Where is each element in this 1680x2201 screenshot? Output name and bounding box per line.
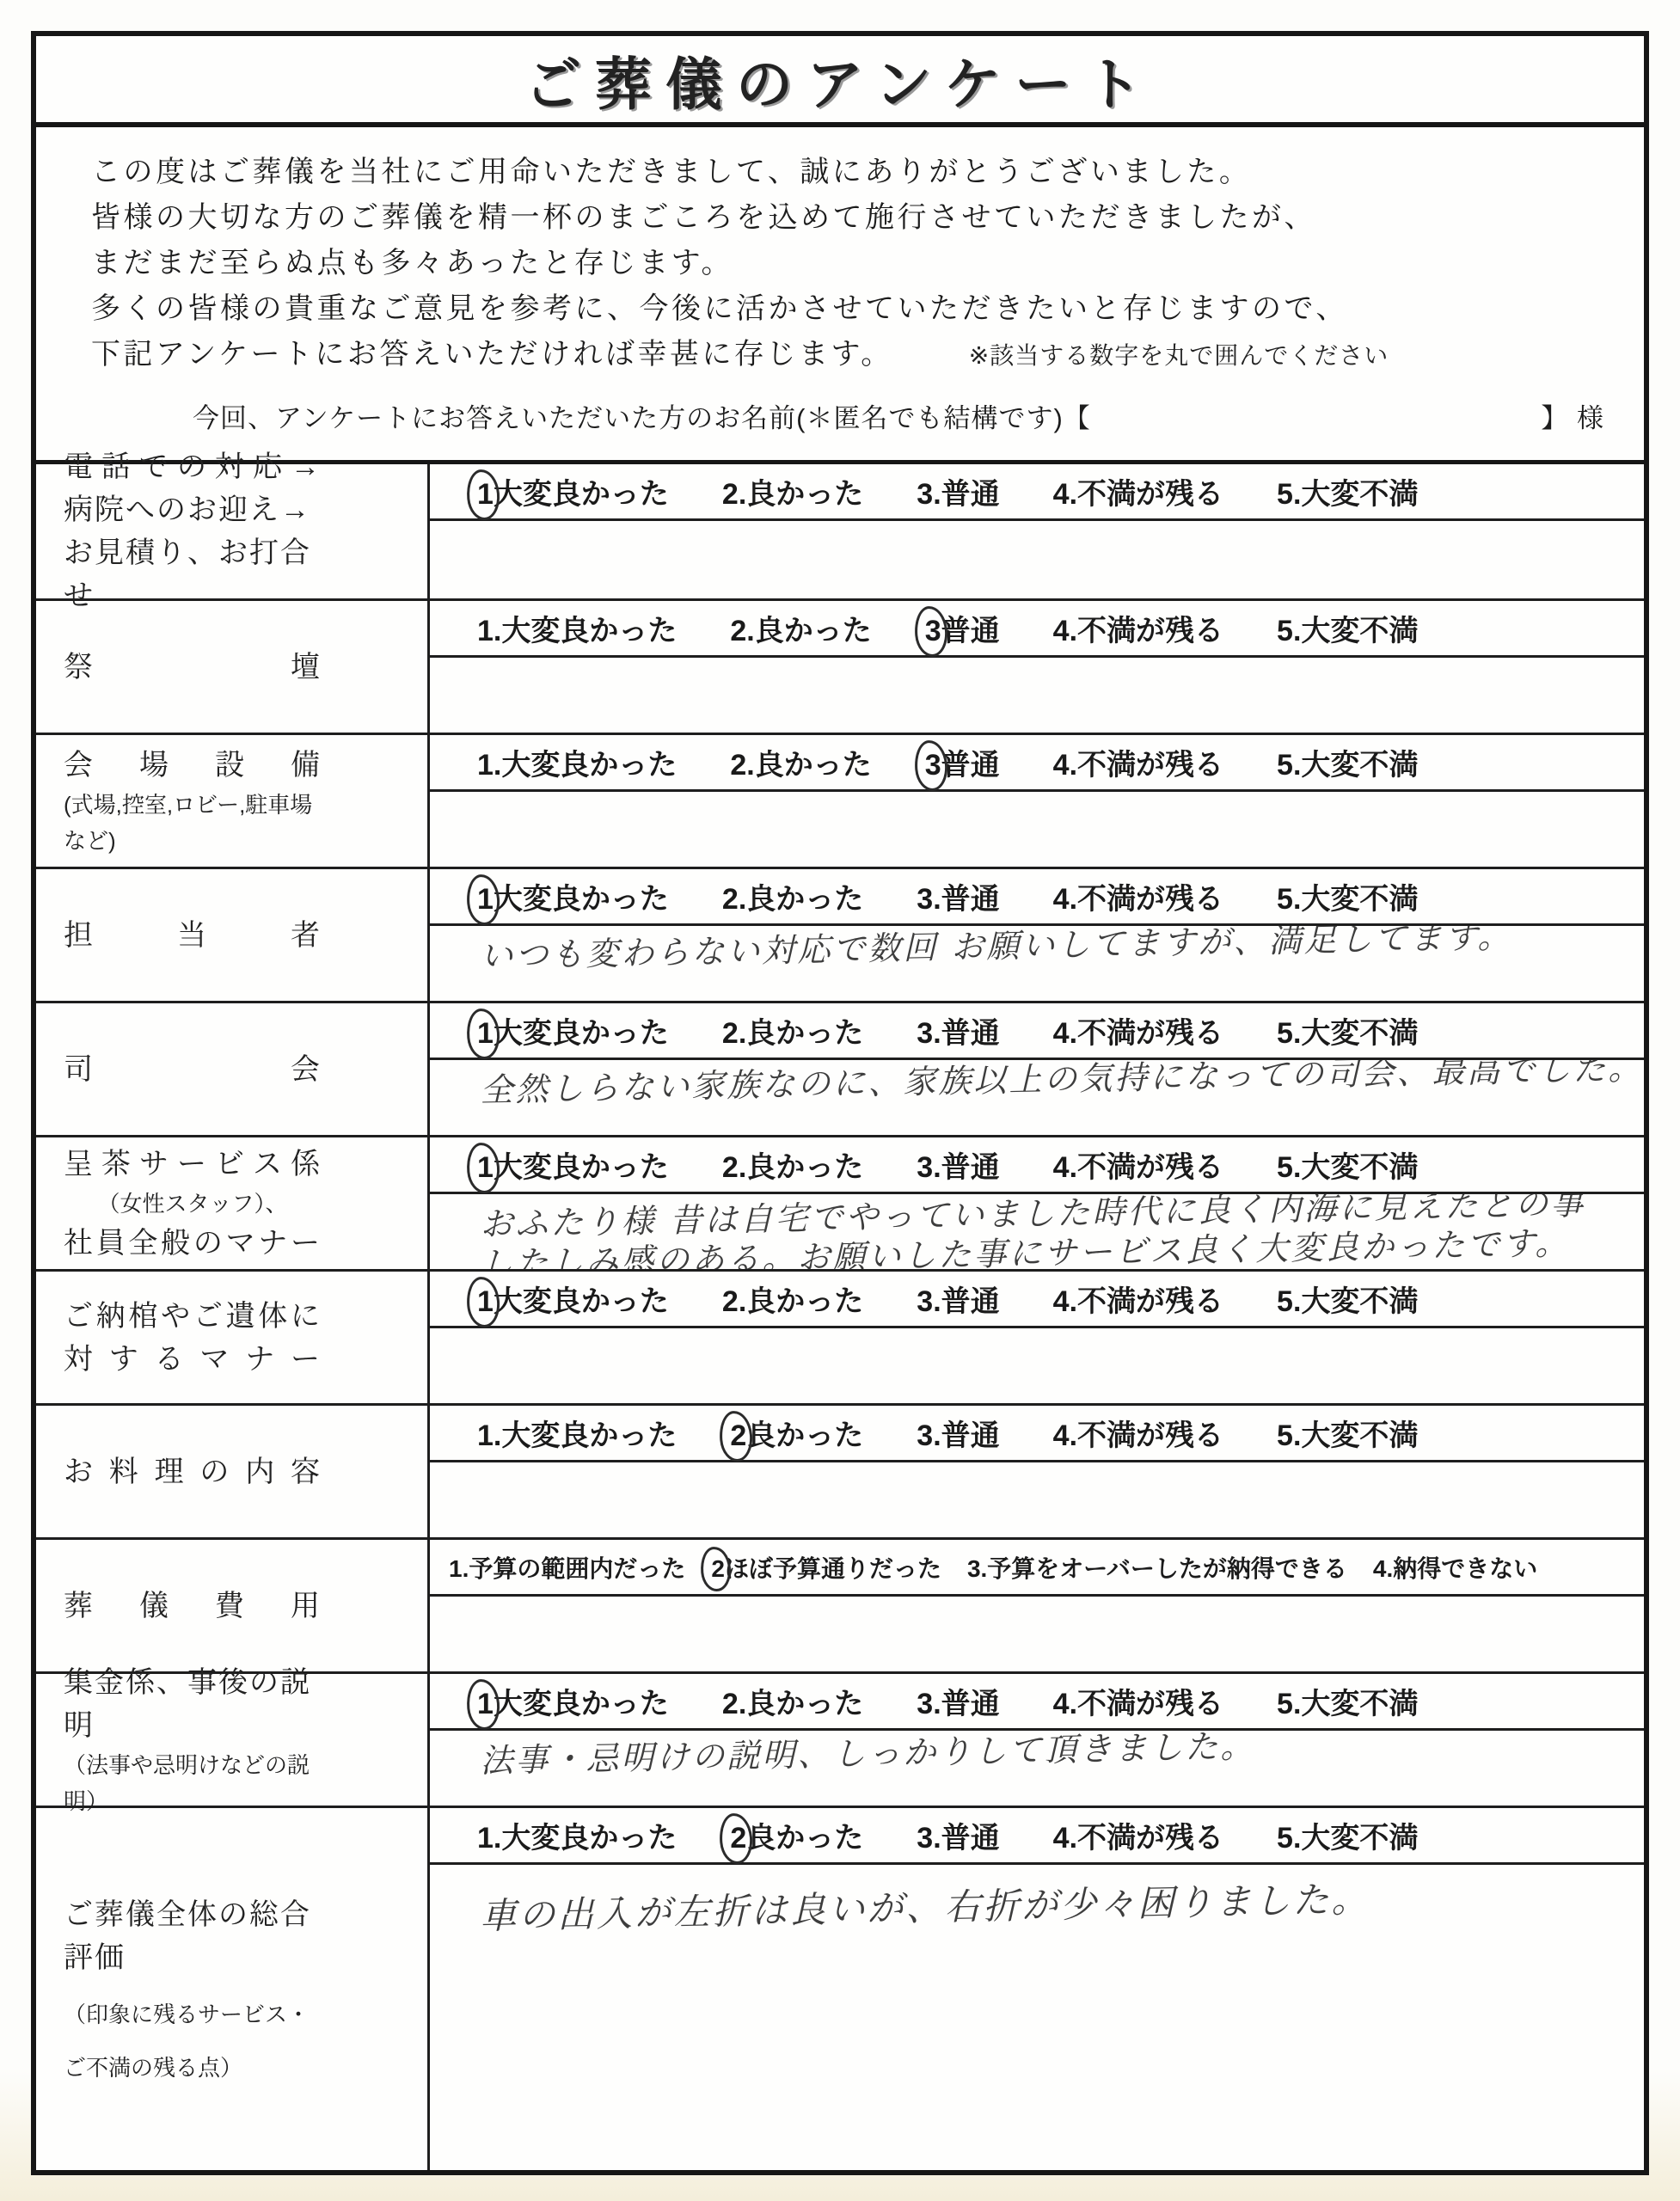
name-line-suffix: 】 様 bbox=[1541, 395, 1604, 441]
rating-label: .良かった bbox=[746, 607, 871, 649]
rating-number: 5 bbox=[1277, 883, 1293, 917]
row-content-cell: 1大変良かった2.良かった3.普通4.不満が残る5.大変不満 bbox=[430, 1272, 1644, 1403]
options-line: 1.大変良かった2.良かった3普通4.不満が残る5.大変不満 bbox=[430, 601, 1644, 658]
rating-label: .大変良かった bbox=[494, 741, 677, 783]
row-label-cell: 集金係、事後の説明（法事や忌明けなどの説明） bbox=[36, 1674, 430, 1806]
rating-option: 1.大変良かった bbox=[477, 607, 677, 649]
rating-option: 5.大変不満 bbox=[1277, 470, 1418, 512]
rating-option: 3.普通 bbox=[917, 1143, 999, 1186]
row-label-line: 葬儀費用 bbox=[64, 1585, 322, 1628]
rating-label: 普通 bbox=[941, 741, 1000, 783]
rating-number: 4 bbox=[1053, 883, 1070, 917]
row-content-cell: 1大変良かった2.良かった3.普通4.不満が残る5.大変不満 bbox=[430, 464, 1644, 598]
rating-label: .良かった bbox=[739, 1009, 863, 1051]
rating-number: 5 bbox=[1277, 749, 1293, 782]
rating-label: .不満が残る bbox=[1070, 470, 1223, 512]
rating-number: 4 bbox=[1053, 1688, 1070, 1721]
rating-number: 5 bbox=[1277, 1688, 1293, 1721]
rating-label: 良かった bbox=[746, 1412, 863, 1454]
intro-line-2: 皆様の大切な方のご葬儀を精一杯のまごころを込めて施行させていただきましたが、 bbox=[91, 195, 1609, 241]
row-content-cell: 1.予算の範囲内だった2ほぼ予算通りだった3.予算をオーバーしたが納得できる4.… bbox=[430, 1540, 1644, 1671]
rating-number: 3 bbox=[917, 1151, 933, 1185]
survey-sheet: ご葬儀のアンケート この度はご葬儀を当社にご用命いただきまして、誠にありがとうご… bbox=[31, 31, 1649, 2175]
handwritten-comment: 全然しらない家族なのに、家族以上の気持になっての司会、最高でした。 bbox=[480, 1060, 1628, 1110]
survey-row: 呈茶サービス係（女性スタッフ）、社員全般のマナー1大変良かった2.良かった3.普… bbox=[36, 1135, 1644, 1269]
options-line: 1.予算の範囲内だった2ほぼ予算通りだった3.予算をオーバーしたが納得できる4.… bbox=[430, 1540, 1644, 1597]
circled-rating-number: 2 bbox=[730, 1419, 746, 1453]
circled-rating-number: 3 bbox=[925, 749, 941, 782]
rating-option: 3.普通 bbox=[917, 1009, 999, 1051]
rating-label: .大変不満 bbox=[1293, 741, 1418, 783]
rating-option: 2.良かった bbox=[722, 1009, 863, 1051]
intro-line-1: この度はご葬儀を当社にご用命いただきまして、誠にありがとうございました。 bbox=[91, 150, 1609, 195]
row-label-line: （印象に残るサービス・ bbox=[64, 1996, 322, 2032]
options-line: 1大変良かった2.良かった3.普通4.不満が残る5.大変不満 bbox=[430, 464, 1644, 521]
rating-number: 2 bbox=[722, 1151, 739, 1185]
options-line: 1.大変良かった2良かった3.普通4.不満が残る5.大変不満 bbox=[430, 1406, 1644, 1462]
rating-option: 4.不満が残る bbox=[1053, 1009, 1223, 1051]
row-label-line: 集金係、事後の説明 bbox=[64, 1661, 322, 1747]
row-label-line: 担当者 bbox=[64, 914, 322, 957]
rating-label: .良かった bbox=[739, 1680, 863, 1722]
handwritten-comment: いつも変わらない対応で数回 お願いしてますが、満足してます。 bbox=[480, 926, 1628, 976]
comment-area bbox=[430, 792, 1644, 867]
circled-rating-number: 2 bbox=[711, 1555, 725, 1583]
row-label: 担当者 bbox=[64, 914, 322, 957]
rating-label: .普通 bbox=[933, 875, 999, 917]
rating-label: .大変良かった bbox=[494, 1814, 677, 1856]
rating-number: 4 bbox=[1053, 615, 1070, 648]
rating-label: ほぼ予算通りだった bbox=[725, 1550, 941, 1585]
row-label-cell: 呈茶サービス係（女性スタッフ）、社員全般のマナー bbox=[36, 1137, 430, 1269]
rating-label: .良かった bbox=[739, 470, 863, 512]
row-label-cell: 葬儀費用 bbox=[36, 1540, 430, 1671]
respondent-name-line: 今回、アンケートにお答えいただいた方のお名前(＊匿名でも結構です)【 】 様 bbox=[91, 395, 1609, 441]
circled-rating-number: 2 bbox=[730, 1822, 746, 1855]
rating-option: 4.不満が残る bbox=[1053, 1143, 1223, 1186]
rating-label: .普通 bbox=[933, 470, 999, 512]
comment-area: 法事・忌明けの説明、しっかりして頂きました。 bbox=[430, 1731, 1644, 1806]
rating-label: .大変良かった bbox=[494, 607, 677, 649]
rating-label: .不満が残る bbox=[1070, 1009, 1223, 1051]
row-label-cell: ご葬儀全体の総合評価（印象に残るサービス・ご不満の残る点） bbox=[36, 1808, 430, 2170]
rating-label: 大変良かった bbox=[494, 1143, 669, 1186]
survey-row: 会場設備(式場,控室,ロビー,駐車場など)1.大変良かった2.良かった3普通4.… bbox=[36, 733, 1644, 867]
rating-label: .大変良かった bbox=[494, 1412, 677, 1454]
circled-rating-number: 1 bbox=[477, 1017, 494, 1051]
name-line-prefix: 今回、アンケートにお答えいただいた方のお名前(＊匿名でも結構です)【 bbox=[193, 395, 1091, 441]
rating-option: 3.普通 bbox=[917, 1278, 999, 1320]
row-label-cell: 祭壇 bbox=[36, 601, 430, 733]
rating-option: 5.大変不満 bbox=[1277, 1278, 1418, 1320]
row-content-cell: 1.大変良かった2.良かった3普通4.不満が残る5.大変不満 bbox=[430, 735, 1644, 867]
comment-area: 全然しらない家族なのに、家族以上の気持になっての司会、最高でした。 bbox=[430, 1060, 1644, 1135]
rating-option: 4.納得できない bbox=[1373, 1550, 1537, 1585]
rating-option: 2.良かった bbox=[722, 1143, 863, 1186]
rating-option: 4.不満が残る bbox=[1053, 1412, 1223, 1454]
comment-area bbox=[430, 1328, 1644, 1403]
rating-option: 4.不満が残る bbox=[1053, 1278, 1223, 1320]
intro-line-3: まだまだ至らぬ点も多々あったと存じます。 bbox=[91, 241, 1609, 286]
rating-number: 1 bbox=[477, 1822, 494, 1855]
rating-label: 大変良かった bbox=[494, 1278, 669, 1320]
rating-option: 1大変良かった bbox=[477, 470, 669, 512]
rating-option: 2.良かった bbox=[730, 741, 871, 783]
rating-label: .大変不満 bbox=[1293, 1680, 1418, 1722]
rating-label: .大変不満 bbox=[1293, 1009, 1418, 1051]
rating-option: 1大変良かった bbox=[477, 1143, 669, 1186]
rating-option: 1大変良かった bbox=[477, 1009, 669, 1051]
rating-label: .大変不満 bbox=[1293, 470, 1418, 512]
row-label-cell: 会場設備(式場,控室,ロビー,駐車場など) bbox=[36, 735, 430, 867]
rating-number: 2 bbox=[722, 1688, 739, 1721]
row-label: 葬儀費用 bbox=[64, 1585, 322, 1628]
rating-number: 3 bbox=[967, 1555, 981, 1583]
rating-option: 2良かった bbox=[730, 1814, 863, 1856]
intro-section: この度はご葬儀を当社にご用命いただきまして、誠にありがとうございました。 皆様の… bbox=[36, 127, 1644, 464]
row-label-line: (式場,控室,ロビー,駐車場など) bbox=[64, 787, 322, 859]
options-line: 1.大変良かった2良かった3.普通4.不満が残る5.大変不満 bbox=[430, 1808, 1644, 1865]
rating-label: .普通 bbox=[933, 1278, 999, 1320]
intro-line-5: 下記アンケートにお答えいただければ幸甚に存じます。※該当する数字を丸で囲んでくだ… bbox=[91, 332, 1609, 378]
rating-number: 3 bbox=[917, 1688, 933, 1721]
rating-label: 大変良かった bbox=[494, 875, 669, 917]
rating-label: .予算をオーバーしたが納得できる bbox=[981, 1550, 1347, 1585]
rating-option: 3.予算をオーバーしたが納得できる bbox=[967, 1550, 1347, 1585]
rating-option: 5.大変不満 bbox=[1277, 1143, 1418, 1186]
rating-option: 4.不満が残る bbox=[1053, 741, 1223, 783]
rating-label: .不満が残る bbox=[1070, 1412, 1223, 1454]
circled-rating-number: 1 bbox=[477, 1285, 494, 1319]
rating-option: 3.普通 bbox=[917, 470, 999, 512]
rating-label: .予算の範囲内だった bbox=[463, 1550, 686, 1585]
rating-number: 4 bbox=[1053, 478, 1070, 512]
comment-area: いつも変わらない対応で数回 お願いしてますが、満足してます。 bbox=[430, 926, 1644, 1001]
rating-label: .普通 bbox=[933, 1814, 999, 1856]
rating-number: 5 bbox=[1277, 1285, 1293, 1319]
row-label-cell: 担当者 bbox=[36, 869, 430, 1001]
survey-row: 葬儀費用1.予算の範囲内だった2ほぼ予算通りだった3.予算をオーバーしたが納得で… bbox=[36, 1537, 1644, 1671]
rating-label: 普通 bbox=[941, 607, 1000, 649]
row-content-cell: 1大変良かった2.良かった3.普通4.不満が残る5.大変不満おふたり様 昔は自宅… bbox=[430, 1137, 1644, 1269]
rating-option: 5.大変不満 bbox=[1277, 607, 1418, 649]
row-label-line: （女性スタッフ）、 bbox=[64, 1186, 322, 1222]
rating-number: 2 bbox=[722, 1017, 739, 1051]
rating-option: 2良かった bbox=[730, 1412, 863, 1454]
rating-label: .大変不満 bbox=[1293, 1143, 1418, 1186]
rating-option: 2ほぼ予算通りだった bbox=[711, 1550, 941, 1585]
rating-label: .普通 bbox=[933, 1143, 999, 1186]
intro-line-5-text: 下記アンケートにお答えいただければ幸甚に存じます。 bbox=[91, 338, 893, 371]
rating-option: 3.普通 bbox=[917, 1680, 999, 1722]
row-label: 司会 bbox=[64, 1048, 322, 1091]
rating-option: 1大変良かった bbox=[477, 1278, 669, 1320]
options-line: 1.大変良かった2.良かった3普通4.不満が残る5.大変不満 bbox=[430, 735, 1644, 792]
row-label: 電話での対応→病院へのお迎え→お見積り、お打合せ bbox=[64, 445, 322, 617]
rating-option: 1.大変良かった bbox=[477, 741, 677, 783]
rating-label: 良かった bbox=[746, 1814, 863, 1856]
circled-rating-number: 1 bbox=[477, 478, 494, 512]
rating-option: 5.大変不満 bbox=[1277, 875, 1418, 917]
rating-number: 5 bbox=[1277, 615, 1293, 648]
rating-option: 1大変良かった bbox=[477, 875, 669, 917]
rating-label: .不満が残る bbox=[1070, 1278, 1223, 1320]
rating-number: 3 bbox=[917, 1419, 933, 1453]
row-label-line: 対するマナー bbox=[64, 1338, 322, 1381]
rating-option: 3.普通 bbox=[917, 1412, 999, 1454]
survey-row: 司会1大変良かった2.良かった3.普通4.不満が残る5.大変不満全然しらない家族… bbox=[36, 1001, 1644, 1135]
rating-option: 4.不満が残る bbox=[1053, 875, 1223, 917]
rating-option: 3.普通 bbox=[917, 875, 999, 917]
row-content-cell: 1.大変良かった2良かった3.普通4.不満が残る5.大変不満 bbox=[430, 1406, 1644, 1537]
rating-label: .良かった bbox=[746, 741, 871, 783]
survey-row: 電話での対応→病院へのお迎え→お見積り、お打合せ1大変良かった2.良かった3.普… bbox=[36, 464, 1644, 598]
options-line: 1大変良かった2.良かった3.普通4.不満が残る5.大変不満 bbox=[430, 869, 1644, 926]
row-label-line: 会場設備 bbox=[64, 744, 322, 787]
row-label-line: 電話での対応→ bbox=[64, 445, 322, 488]
rating-label: .良かった bbox=[739, 1143, 863, 1186]
rating-label: 大変良かった bbox=[494, 1009, 669, 1051]
rating-label: .良かった bbox=[739, 875, 863, 917]
rating-label: .大変不満 bbox=[1293, 1412, 1418, 1454]
rating-label: .大変不満 bbox=[1293, 607, 1418, 649]
rating-label: .普通 bbox=[933, 1412, 999, 1454]
rating-option: 1.大変良かった bbox=[477, 1814, 677, 1856]
rating-number: 1 bbox=[449, 1555, 463, 1583]
rating-number: 4 bbox=[1053, 749, 1070, 782]
rating-number: 4 bbox=[1053, 1017, 1070, 1051]
survey-row: お料理の内容1.大変良かった2良かった3.普通4.不満が残る5.大変不満 bbox=[36, 1403, 1644, 1537]
rating-number: 5 bbox=[1277, 1419, 1293, 1453]
rating-label: .良かった bbox=[739, 1278, 863, 1320]
row-label-line: 病院へのお迎え→ bbox=[64, 488, 322, 531]
circled-rating-number: 1 bbox=[477, 883, 494, 917]
row-label-cell: お料理の内容 bbox=[36, 1406, 430, 1537]
row-label: お料理の内容 bbox=[64, 1450, 322, 1493]
rating-option: 1大変良かった bbox=[477, 1680, 669, 1722]
rating-label: .不満が残る bbox=[1070, 741, 1223, 783]
rating-option: 5.大変不満 bbox=[1277, 1412, 1418, 1454]
rating-option: 4.不満が残る bbox=[1053, 470, 1223, 512]
options-line: 1大変良かった2.良かった3.普通4.不満が残る5.大変不満 bbox=[430, 1272, 1644, 1328]
rating-number: 4 bbox=[1053, 1822, 1070, 1855]
rating-option: 3普通 bbox=[925, 741, 1000, 783]
page-title: ご葬儀のアンケート bbox=[524, 39, 1156, 120]
rating-option: 5.大変不満 bbox=[1277, 1009, 1418, 1051]
rating-option: 5.大変不満 bbox=[1277, 741, 1418, 783]
rating-number: 1 bbox=[477, 749, 494, 782]
row-content-cell: 1大変良かった2.良かった3.普通4.不満が残る5.大変不満全然しらない家族なの… bbox=[430, 1003, 1644, 1135]
title-box: ご葬儀のアンケート bbox=[36, 36, 1644, 127]
rating-option: 2.良かった bbox=[722, 875, 863, 917]
rating-label: .不満が残る bbox=[1070, 1814, 1223, 1856]
rating-label: 大変良かった bbox=[494, 1680, 669, 1722]
rating-number: 1 bbox=[477, 615, 494, 648]
rating-label: .不満が残る bbox=[1070, 1680, 1223, 1722]
rating-number: 2 bbox=[722, 883, 739, 917]
rating-number: 3 bbox=[917, 883, 933, 917]
rating-label: .大変不満 bbox=[1293, 875, 1418, 917]
rating-number: 3 bbox=[917, 1017, 933, 1051]
row-label: ご納棺やご遺体に対するマナー bbox=[64, 1295, 322, 1381]
rating-option: 2.良かった bbox=[730, 607, 871, 649]
row-label-line: 司会 bbox=[64, 1048, 322, 1091]
row-label-cell: 司会 bbox=[36, 1003, 430, 1135]
rating-number: 5 bbox=[1277, 1822, 1293, 1855]
row-content-cell: 1大変良かった2.良かった3.普通4.不満が残る5.大変不満法事・忌明けの説明、… bbox=[430, 1674, 1644, 1806]
rating-label: .不満が残る bbox=[1070, 875, 1223, 917]
circled-rating-number: 1 bbox=[477, 1151, 494, 1185]
rating-label: .納得できない bbox=[1387, 1550, 1538, 1585]
rating-option: 1.大変良かった bbox=[477, 1412, 677, 1454]
rating-number: 3 bbox=[917, 478, 933, 512]
survey-row: 祭壇1.大変良かった2.良かった3普通4.不満が残る5.大変不満 bbox=[36, 598, 1644, 733]
rating-option: 3普通 bbox=[925, 607, 1000, 649]
intro-line-4: 多くの皆様の貴重なご意見を参考に、今後に活かさせていただきたいと存じますので、 bbox=[91, 286, 1609, 332]
rating-number: 4 bbox=[1053, 1285, 1070, 1319]
rating-label: .大変不満 bbox=[1293, 1814, 1418, 1856]
rating-label: .不満が残る bbox=[1070, 607, 1223, 649]
rating-number: 5 bbox=[1277, 1151, 1293, 1185]
rating-label: .普通 bbox=[933, 1680, 999, 1722]
circled-rating-number: 1 bbox=[477, 1688, 494, 1721]
rating-option: 2.良かった bbox=[722, 1680, 863, 1722]
options-line: 1大変良かった2.良かった3.普通4.不満が残る5.大変不満 bbox=[430, 1137, 1644, 1194]
row-content-cell: 1.大変良かった2良かった3.普通4.不満が残る5.大変不満車の出入が左折は良い… bbox=[430, 1808, 1644, 2170]
rating-option: 4.不満が残る bbox=[1053, 1680, 1223, 1722]
rating-number: 4 bbox=[1053, 1151, 1070, 1185]
row-content-cell: 1大変良かった2.良かった3.普通4.不満が残る5.大変不満いつも変わらない対応… bbox=[430, 869, 1644, 1001]
rating-option: 2.良かった bbox=[722, 470, 863, 512]
row-label: 会場設備(式場,控室,ロビー,駐車場など) bbox=[64, 744, 322, 859]
rating-option: 5.大変不満 bbox=[1277, 1814, 1418, 1856]
options-line: 1大変良かった2.良かった3.普通4.不満が残る5.大変不満 bbox=[430, 1674, 1644, 1731]
survey-table: 電話での対応→病院へのお迎え→お見積り、お打合せ1大変良かった2.良かった3.普… bbox=[36, 464, 1644, 2170]
rating-number: 4 bbox=[1373, 1555, 1387, 1583]
handwritten-comment: 車の出入が左折は良いが、右折が少々困りました。 bbox=[480, 1872, 1628, 1938]
rating-number: 5 bbox=[1277, 478, 1293, 512]
comment-area bbox=[430, 1462, 1644, 1537]
comment-area: おふたり様 昔は自宅でやっていました時代に良く内海に見えたとの事したしみ感のある… bbox=[430, 1194, 1644, 1269]
rating-label: .大変不満 bbox=[1293, 1278, 1418, 1320]
rating-option: 3.普通 bbox=[917, 1814, 999, 1856]
comment-area bbox=[430, 658, 1644, 733]
row-label: ご葬儀全体の総合評価（印象に残るサービス・ご不満の残る点） bbox=[64, 1876, 322, 2103]
rating-option: 4.不満が残る bbox=[1053, 607, 1223, 649]
rating-option: 5.大変不満 bbox=[1277, 1680, 1418, 1722]
rating-number: 3 bbox=[917, 1822, 933, 1855]
rating-label: 大変良かった bbox=[494, 470, 669, 512]
rating-number: 3 bbox=[917, 1285, 933, 1319]
row-content-cell: 1.大変良かった2.良かった3普通4.不満が残る5.大変不満 bbox=[430, 601, 1644, 733]
rating-label: .普通 bbox=[933, 1009, 999, 1051]
row-label: 呈茶サービス係（女性スタッフ）、社員全般のマナー bbox=[64, 1143, 322, 1265]
row-label-line: ご不満の残る点） bbox=[64, 2050, 322, 2086]
comment-area bbox=[430, 521, 1644, 598]
row-label-cell: 電話での対応→病院へのお迎え→お見積り、お打合せ bbox=[36, 464, 430, 598]
rating-number: 4 bbox=[1053, 1419, 1070, 1453]
options-line: 1大変良かった2.良かった3.普通4.不満が残る5.大変不満 bbox=[430, 1003, 1644, 1060]
rating-option: 2.良かった bbox=[722, 1278, 863, 1320]
survey-row: ご納棺やご遺体に対するマナー1大変良かった2.良かった3.普通4.不満が残る5.… bbox=[36, 1269, 1644, 1403]
rating-number: 2 bbox=[730, 615, 746, 648]
comment-area: 車の出入が左折は良いが、右折が少々困りました。 bbox=[430, 1865, 1644, 2170]
rating-number: 2 bbox=[730, 749, 746, 782]
rating-number: 2 bbox=[722, 1285, 739, 1319]
survey-row: ご葬儀全体の総合評価（印象に残るサービス・ご不満の残る点）1.大変良かった2良か… bbox=[36, 1806, 1644, 2170]
rating-number: 1 bbox=[477, 1419, 494, 1453]
row-label-line: 呈茶サービス係 bbox=[64, 1143, 322, 1186]
row-label-line: ご葬儀全体の総合評価 bbox=[64, 1893, 322, 1979]
circle-instruction-note: ※該当する数字を丸で囲んでください bbox=[969, 342, 1389, 369]
row-label: 祭壇 bbox=[64, 646, 322, 689]
rating-option: 4.不満が残る bbox=[1053, 1814, 1223, 1856]
rating-number: 2 bbox=[722, 478, 739, 512]
row-label-line: お料理の内容 bbox=[64, 1450, 322, 1493]
circled-rating-number: 3 bbox=[925, 615, 941, 648]
rating-option: 1.予算の範囲内だった bbox=[449, 1550, 685, 1585]
handwritten-comment: 法事・忌明けの説明、しっかりして頂きました。 bbox=[480, 1731, 1628, 1781]
row-label-line: ご納棺やご遺体に bbox=[64, 1295, 322, 1338]
comment-area bbox=[430, 1597, 1644, 1671]
row-label: 集金係、事後の説明（法事や忌明けなどの説明） bbox=[64, 1661, 322, 1819]
row-label-cell: ご納棺やご遺体に対するマナー bbox=[36, 1272, 430, 1403]
survey-row: 担当者1大変良かった2.良かった3.普通4.不満が残る5.大変不満いつも変わらな… bbox=[36, 867, 1644, 1001]
row-label-line: 社員全般のマナー bbox=[64, 1222, 322, 1265]
row-label-line: 祭壇 bbox=[64, 646, 322, 689]
rating-number: 5 bbox=[1277, 1017, 1293, 1051]
survey-row: 集金係、事後の説明（法事や忌明けなどの説明）1大変良かった2.良かった3.普通4… bbox=[36, 1671, 1644, 1806]
rating-label: .不満が残る bbox=[1070, 1143, 1223, 1186]
